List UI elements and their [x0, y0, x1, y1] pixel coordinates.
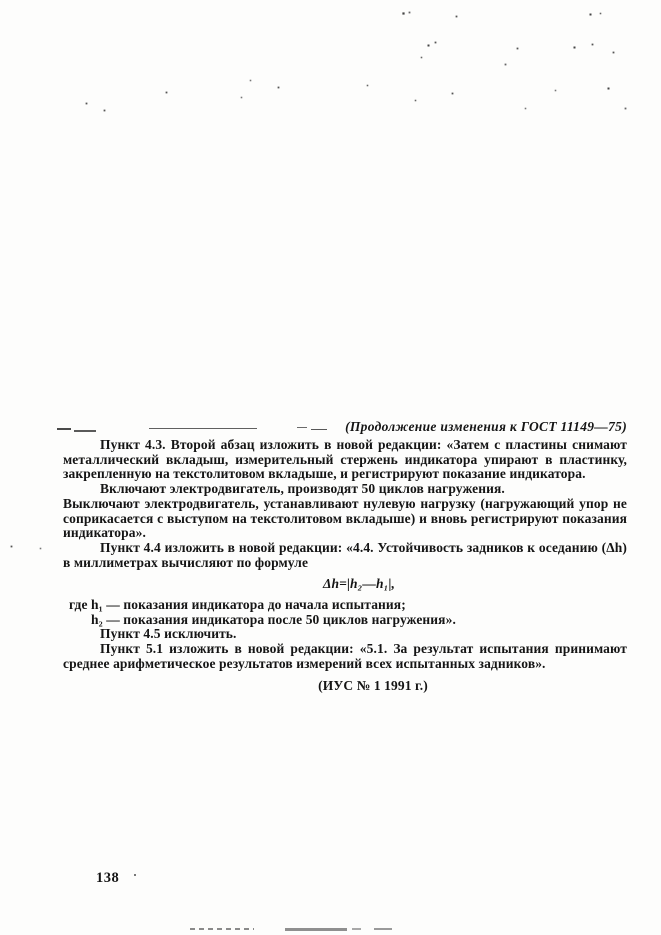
scan-line-segment: [352, 928, 361, 930]
paragraph-vklyuchayut: Включают электродвигатель, производят 50…: [63, 482, 627, 497]
paragraph-punkt-5-1: Пункт 5.1 изложить в новой редакции: «5.…: [63, 642, 627, 671]
scan-dash-artifact: [74, 430, 96, 432]
scan-line-segment: [285, 928, 347, 931]
page-number: 138: [96, 870, 119, 887]
paragraph-vyklyuchayut: Выключают электродвигатель, устанавливаю…: [63, 497, 627, 541]
document-body: Пункт 4.3. Второй абзац изложить в новой…: [63, 438, 627, 693]
paragraph-punkt-4-3: Пункт 4.3. Второй абзац изложить в новой…: [63, 438, 627, 482]
continuation-note: (Продолжение изменения к ГОСТ 11149—75): [345, 419, 627, 435]
scan-dash-artifact: [57, 428, 71, 430]
continuation-header-row: (Продолжение изменения к ГОСТ 11149—75): [57, 419, 627, 437]
paragraph-punkt-4-4: Пункт 4.4 изложить в новой редакции: «4.…: [63, 541, 627, 570]
scan-dash-artifact: [311, 429, 327, 430]
scanned-document-page: (Продолжение изменения к ГОСТ 11149—75) …: [0, 0, 661, 935]
source-citation: (ИУС № 1 1991 г.): [63, 679, 627, 694]
definition-h2: h₂ — показания индикатора после 50 цикло…: [63, 613, 627, 628]
definition-h1: где h₁ — показания индикатора до начала …: [63, 598, 627, 613]
scan-dash-artifact: [297, 427, 307, 428]
scan-line-segment: [374, 928, 392, 930]
scan-noise-speckles: [0, 0, 1, 1]
scan-line-segment: [190, 928, 254, 930]
paragraph-punkt-4-5: Пункт 4.5 исключить.: [63, 627, 627, 642]
scan-artifact-line: [0, 928, 661, 934]
formula-definitions: где h₁ — показания индикатора до начала …: [63, 598, 627, 627]
scan-dash-artifact: [149, 428, 257, 429]
formula-delta-h: Δh=|h₂—h₁|,: [63, 577, 627, 592]
